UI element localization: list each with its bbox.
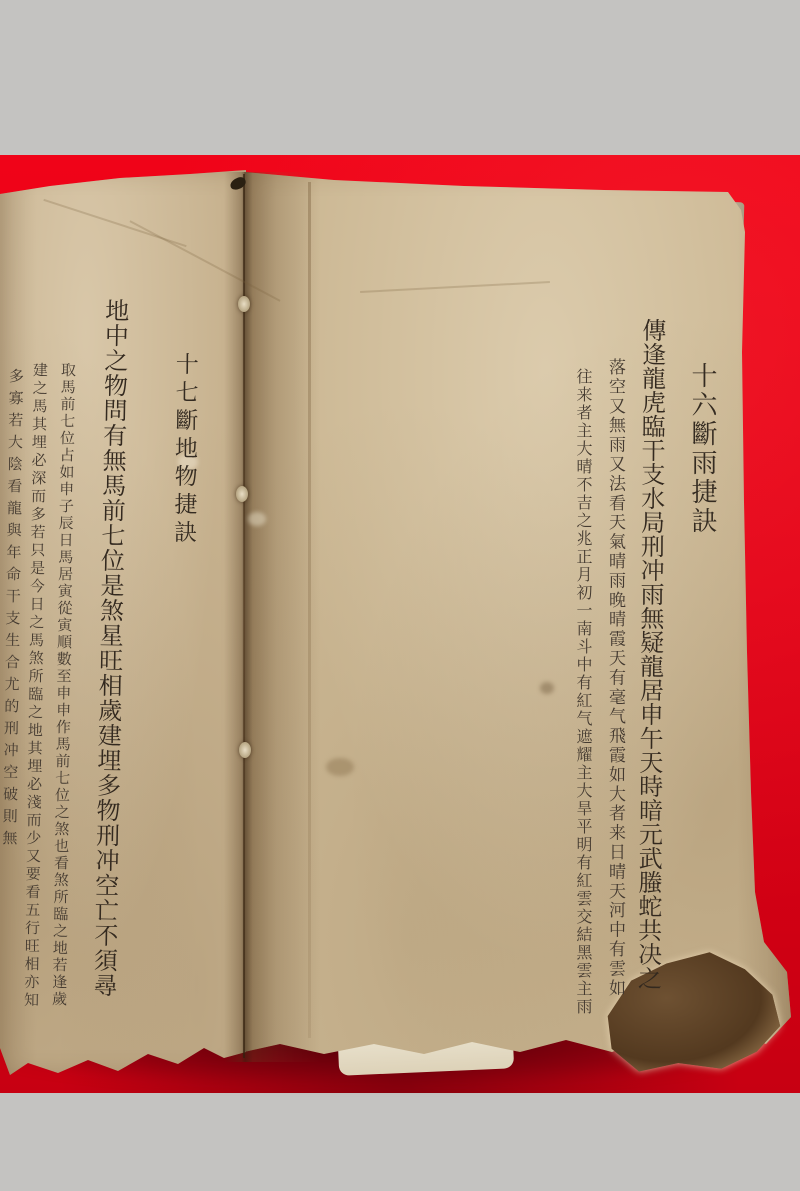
stitch-hole: [238, 296, 250, 312]
stitch-hole: [239, 742, 251, 758]
left-page-title: 十七斷地物捷訣: [171, 352, 196, 548]
right-page-title: 十六斷雨捷訣: [689, 362, 715, 536]
right-page-main-column: 傳逢龍虎臨干支水局刑冲雨無疑龍居申午天時暗元武螣蛇共决之: [635, 318, 664, 990]
stitch-hole: [236, 486, 248, 502]
photo-backdrop: 十六斷雨捷訣 傳逢龍虎臨干支水局刑冲雨無疑龍居申午天時暗元武螣蛇共决之 落空又無…: [0, 0, 800, 1191]
paper-stain: [248, 512, 266, 526]
right-page-note-column-2: 往来者主大晴不吉之兆正月初一南斗中有紅气遮耀主大旱平明有紅雲交結黑雲主雨: [575, 368, 591, 1016]
right-page-note-column-1: 落空又無雨又法看天氣晴雨晚晴霞天有毫气飛霞如大者来日晴天河中有雲如: [606, 358, 623, 998]
paper-stain: [326, 758, 354, 776]
page-fold-crease: [308, 182, 311, 1038]
paper-stain: [540, 682, 554, 694]
